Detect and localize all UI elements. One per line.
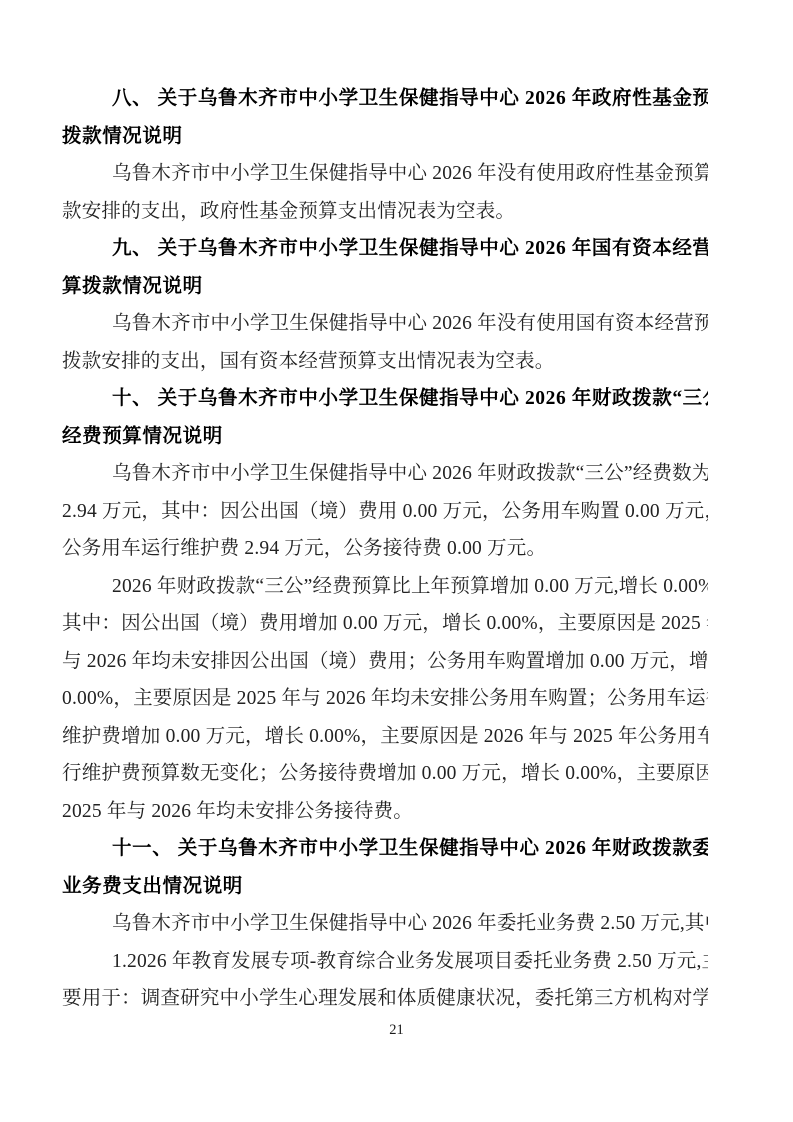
text-line: 十一、 关于乌鲁木齐市中小学卫生保健指导中心 2026 年财政拨款委托: [62, 830, 708, 868]
document-page: 八、 关于乌鲁木齐市中小学卫生保健指导中心 2026 年政府性基金预算拨款情况说…: [0, 0, 793, 1122]
text-line: 0.00%，主要原因是 2025 年与 2026 年均未安排公务用车购置；公务用…: [62, 680, 708, 718]
text-line: 款安排的支出，政府性基金预算支出情况表为空表。: [62, 193, 708, 231]
text-line: 2026 年财政拨款“三公”经费预算比上年预算增加 0.00 万元,增长 0.0…: [62, 568, 708, 606]
text-line: 拨款安排的支出，国有资本经营预算支出情况表为空表。: [62, 343, 708, 381]
text-line: 行维护费预算数无变化；公务接待费增加 0.00 万元，增长 0.00%，主要原因…: [62, 755, 708, 793]
text-line: 乌鲁木齐市中小学卫生保健指导中心 2026 年没有使用国有资本经营预算: [62, 305, 708, 343]
text-line: 十、 关于乌鲁木齐市中小学卫生保健指导中心 2026 年财政拨款“三公”: [62, 380, 708, 418]
text-line: 与 2026 年均未安排因公出国（境）费用；公务用车购置增加 0.00 万元，增…: [62, 643, 708, 681]
section-8-body: 乌鲁木齐市中小学卫生保健指导中心 2026 年没有使用政府性基金预算拨款安排的支…: [62, 155, 708, 230]
text-line: 1.2026 年教育发展专项-教育综合业务发展项目委托业务费 2.50 万元,主: [62, 943, 708, 981]
page-number: 21: [0, 1022, 793, 1039]
text-line: 业务费支出情况说明: [62, 868, 708, 906]
text-line: 乌鲁木齐市中小学卫生保健指导中心 2026 年委托业务费 2.50 万元,其中：: [62, 905, 708, 943]
text-line: 经费预算情况说明: [62, 418, 708, 456]
text-line: 拨款情况说明: [62, 118, 708, 156]
section-9-body: 乌鲁木齐市中小学卫生保健指导中心 2026 年没有使用国有资本经营预算拨款安排的…: [62, 305, 708, 380]
section-8-heading: 八、 关于乌鲁木齐市中小学卫生保健指导中心 2026 年政府性基金预算拨款情况说…: [62, 80, 708, 155]
section-11-heading: 十一、 关于乌鲁木齐市中小学卫生保健指导中心 2026 年财政拨款委托业务费支出…: [62, 830, 708, 905]
document-content: 八、 关于乌鲁木齐市中小学卫生保健指导中心 2026 年政府性基金预算拨款情况说…: [62, 80, 708, 1018]
text-line: 其中：因公出国（境）费用增加 0.00 万元，增长 0.00%，主要原因是 20…: [62, 605, 708, 643]
text-line: 要用于：调查研究中小学生心理发展和体质健康状况，委托第三方机构对学生: [62, 980, 708, 1018]
section-10-body-2: 2026 年财政拨款“三公”经费预算比上年预算增加 0.00 万元,增长 0.0…: [62, 568, 708, 831]
text-line: 九、 关于乌鲁木齐市中小学卫生保健指导中心 2026 年国有资本经营预: [62, 230, 708, 268]
text-line: 八、 关于乌鲁木齐市中小学卫生保健指导中心 2026 年政府性基金预算: [62, 80, 708, 118]
text-line: 2025 年与 2026 年均未安排公务接待费。: [62, 793, 708, 831]
text-line: 维护费增加 0.00 万元，增长 0.00%，主要原因是 2026 年与 202…: [62, 718, 708, 756]
section-10-heading: 十、 关于乌鲁木齐市中小学卫生保健指导中心 2026 年财政拨款“三公”经费预算…: [62, 380, 708, 455]
text-line: 乌鲁木齐市中小学卫生保健指导中心 2026 年没有使用政府性基金预算拨: [62, 155, 708, 193]
section-11-body-2: 1.2026 年教育发展专项-教育综合业务发展项目委托业务费 2.50 万元,主…: [62, 943, 708, 1018]
section-9-heading: 九、 关于乌鲁木齐市中小学卫生保健指导中心 2026 年国有资本经营预算拨款情况…: [62, 230, 708, 305]
text-line: 公务用车运行维护费 2.94 万元，公务接待费 0.00 万元。: [62, 530, 708, 568]
section-11-body-1: 乌鲁木齐市中小学卫生保健指导中心 2026 年委托业务费 2.50 万元,其中：: [62, 905, 708, 943]
text-line: 2.94 万元，其中：因公出国（境）费用 0.00 万元，公务用车购置 0.00…: [62, 493, 708, 531]
text-line: 乌鲁木齐市中小学卫生保健指导中心 2026 年财政拨款“三公”经费数为: [62, 455, 708, 493]
text-line: 算拨款情况说明: [62, 268, 708, 306]
section-10-body-1: 乌鲁木齐市中小学卫生保健指导中心 2026 年财政拨款“三公”经费数为2.94 …: [62, 455, 708, 568]
